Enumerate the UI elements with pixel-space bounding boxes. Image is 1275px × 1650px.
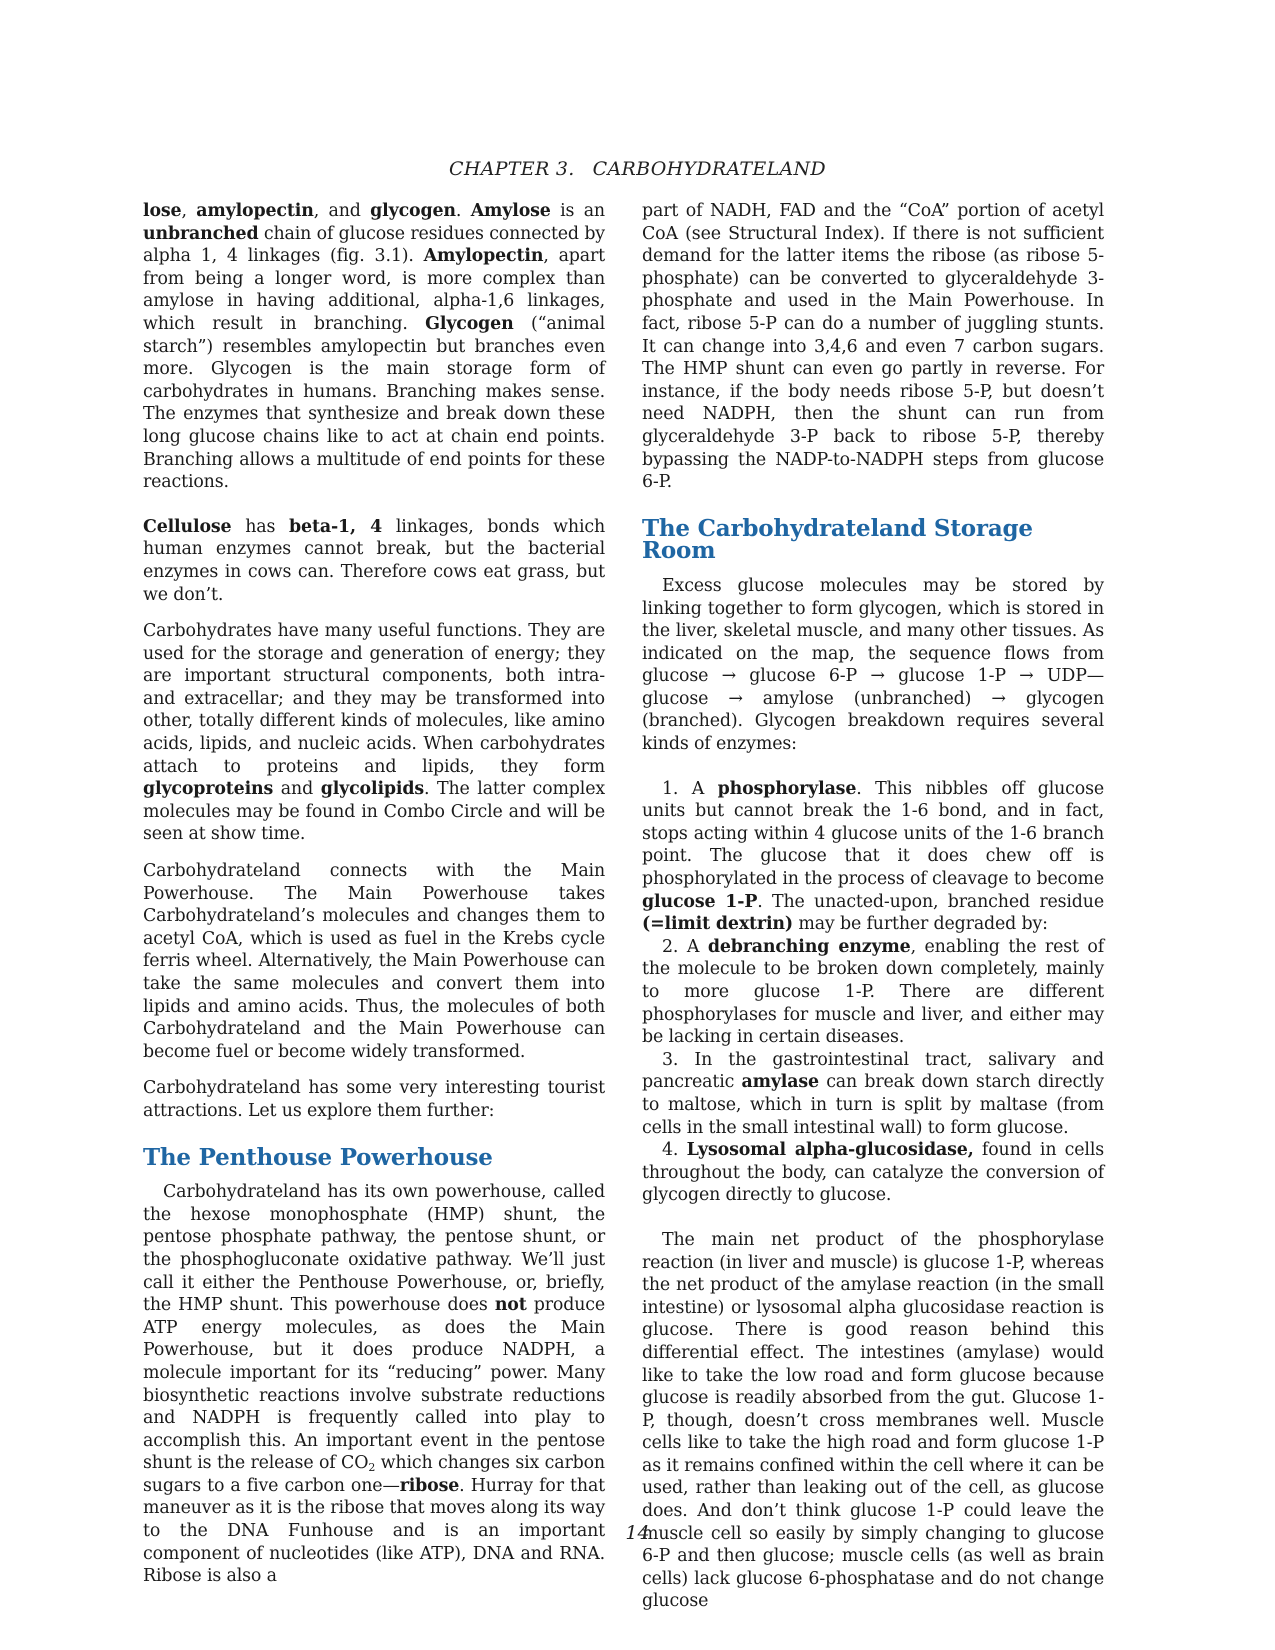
text-run: (“animal starch”) resembles amylopectin …: [143, 314, 605, 492]
text-run: .: [456, 201, 471, 221]
text-run: is an: [551, 201, 605, 221]
bold-term: Amylose: [471, 201, 551, 221]
text-run: ,: [181, 201, 196, 221]
left-column: lose, amylopectin, and glycogen. Amylose…: [143, 200, 605, 1588]
text-run: 2. A: [662, 937, 708, 957]
text-run: , and: [314, 201, 370, 221]
page-number: 14: [0, 1522, 1275, 1544]
bold-term: amylopectin: [196, 201, 313, 221]
paragraph-glycogen-storage: Excess glucose molecules may be stored b…: [642, 575, 1104, 756]
bold-term: ribose: [400, 1476, 459, 1496]
bold-term: beta-1, 4: [289, 517, 382, 537]
text-run: has: [231, 517, 289, 537]
text-run: Carbohydrates have many useful functions…: [143, 621, 605, 777]
bold-term: glucose 1-P: [642, 892, 757, 912]
bold-term: lose: [143, 201, 181, 221]
section-heading-storage-room: The Carbohydrateland Storage Room: [642, 518, 1104, 563]
paragraph-cellulose: Cellulose has beta-1, 4 linkages, bonds …: [143, 516, 605, 606]
bold-term: phosphorylase: [718, 779, 857, 799]
text-run: may be further degraded by:: [793, 914, 1048, 934]
paragraph-ribose-continued: part of NADH, FAD and the “CoA” portion …: [642, 200, 1104, 494]
paragraph-polysaccharides: lose, amylopectin, and glycogen. Amylose…: [143, 200, 605, 494]
text-run: 1. A: [662, 779, 718, 799]
text-run: and: [273, 779, 321, 799]
bold-term: Lysosomal alpha-glucosidase,: [687, 1140, 974, 1160]
bold-term: not: [495, 1295, 527, 1315]
list-item-amylase: 3. In the gastrointestinal tract, saliva…: [642, 1049, 1104, 1139]
chapter-title: CARBOHYDRATELAND: [593, 158, 826, 180]
list-item-phosphorylase: 1. A phosphorylase. This nibbles off glu…: [642, 778, 1104, 936]
bold-term: unbranched: [143, 224, 258, 244]
bold-term: Cellulose: [143, 517, 231, 537]
paragraph-main-powerhouse: Carbohydrateland connects with the Main …: [143, 860, 605, 1063]
text-run: 4.: [662, 1140, 687, 1160]
text-run: . The unacted-upon, branched residue: [757, 892, 1104, 912]
paragraph-net-product: The main net product of the phosphorylas…: [642, 1229, 1104, 1613]
bold-term: glycolipids: [321, 779, 424, 799]
bold-term: debranching enzyme: [708, 937, 911, 957]
bold-term: Amylopectin: [424, 246, 544, 266]
running-header: CHAPTER 3.CARBOHYDRATELAND: [0, 158, 1275, 180]
chapter-number: CHAPTER 3.: [449, 158, 575, 180]
section-heading-penthouse-powerhouse: The Penthouse Powerhouse: [143, 1147, 605, 1170]
list-item-glucosidase: 4. Lysosomal alpha-glucosidase, found in…: [642, 1139, 1104, 1207]
bold-term: glycogen: [370, 201, 456, 221]
list-item-debranching: 2. A debranching enzyme, enabling the re…: [642, 936, 1104, 1049]
right-column: part of NADH, FAD and the “CoA” portion …: [642, 200, 1104, 1613]
bold-term: Glycogen: [425, 314, 513, 334]
bold-term: amylase: [741, 1072, 818, 1092]
bold-term: (=limit dextrin): [642, 914, 793, 934]
paragraph-functions: Carbohydrates have many useful functions…: [143, 620, 605, 846]
text-run: produce ATP energy molecules, as does th…: [143, 1295, 605, 1473]
bold-term: glycoproteins: [143, 779, 273, 799]
paragraph-attractions: Carbohydrateland has some very interesti…: [143, 1077, 605, 1122]
